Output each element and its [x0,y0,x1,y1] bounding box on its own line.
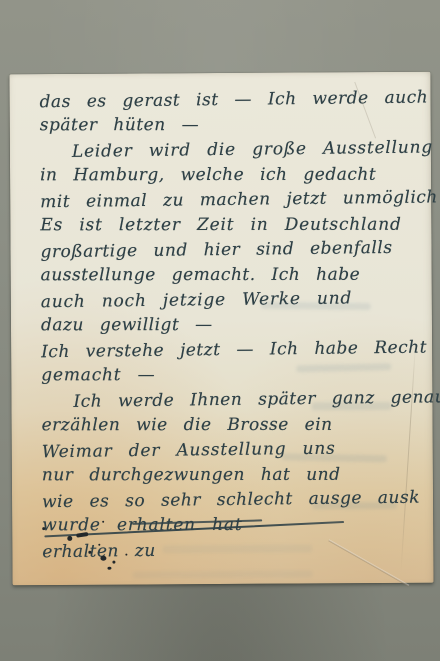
handwriting-line: großartige und hier sind ebenfalls [40,236,405,265]
handwriting-line: Ich werde Ihnen später ganz genau [41,386,406,415]
ink-spatter-dot [107,567,111,570]
handwriting-line: wie es so sehr schlecht ausge ausk [42,486,407,515]
handwritten-text-block: das es gerast ist — Ich werde auchspäter… [40,87,408,564]
handwriting-line: auch noch jetzige Werke und [41,286,406,315]
handwriting-line: später hüten — [40,113,405,139]
handwriting-line: das es gerast ist — Ich werde auch [39,86,404,115]
ink-spatter-dot [98,544,100,546]
ink-spatter-dot [100,556,106,561]
handwriting-line: Ich verstehe jetzt — Ich habe Recht [41,336,406,365]
ink-spatter-dot [42,527,45,530]
handwriting-line: in Hamburg, welche ich gedacht [40,163,405,189]
handwriting-line: dazu gewilligt — [41,313,406,339]
handwriting-line: Weimar der Ausstellung uns [42,436,407,465]
ink-spatter-dot [102,521,104,523]
photograph-background: das es gerast ist — Ich werde auchspäter… [0,0,440,661]
handwriting-line: Es ist letzter Zeit in Deutschland [40,213,405,239]
handwriting-line: erzählen wie die Brosse ein [42,413,407,439]
handwriting-line: gemacht — [41,363,406,389]
ink-spatter-dot [88,551,91,554]
handwriting-line: erhalten zu [42,536,407,565]
letter-page: das es gerast ist — Ich werde auchspäter… [9,72,433,586]
ink-spatter-dot [125,554,127,556]
ink-spatter-dot [112,561,115,564]
handwriting-line: mit einmal zu machen jetzt unmöglich [40,186,405,215]
ink-show-through-mark [132,570,312,578]
handwriting-line: nur durchgezwungen hat und [42,463,407,489]
handwriting-line: Leider wird die große Ausstellung [40,136,405,165]
handwriting-line: ausstellunge gemacht. Ich habe [41,263,406,289]
ink-spatter-dot [67,536,72,541]
